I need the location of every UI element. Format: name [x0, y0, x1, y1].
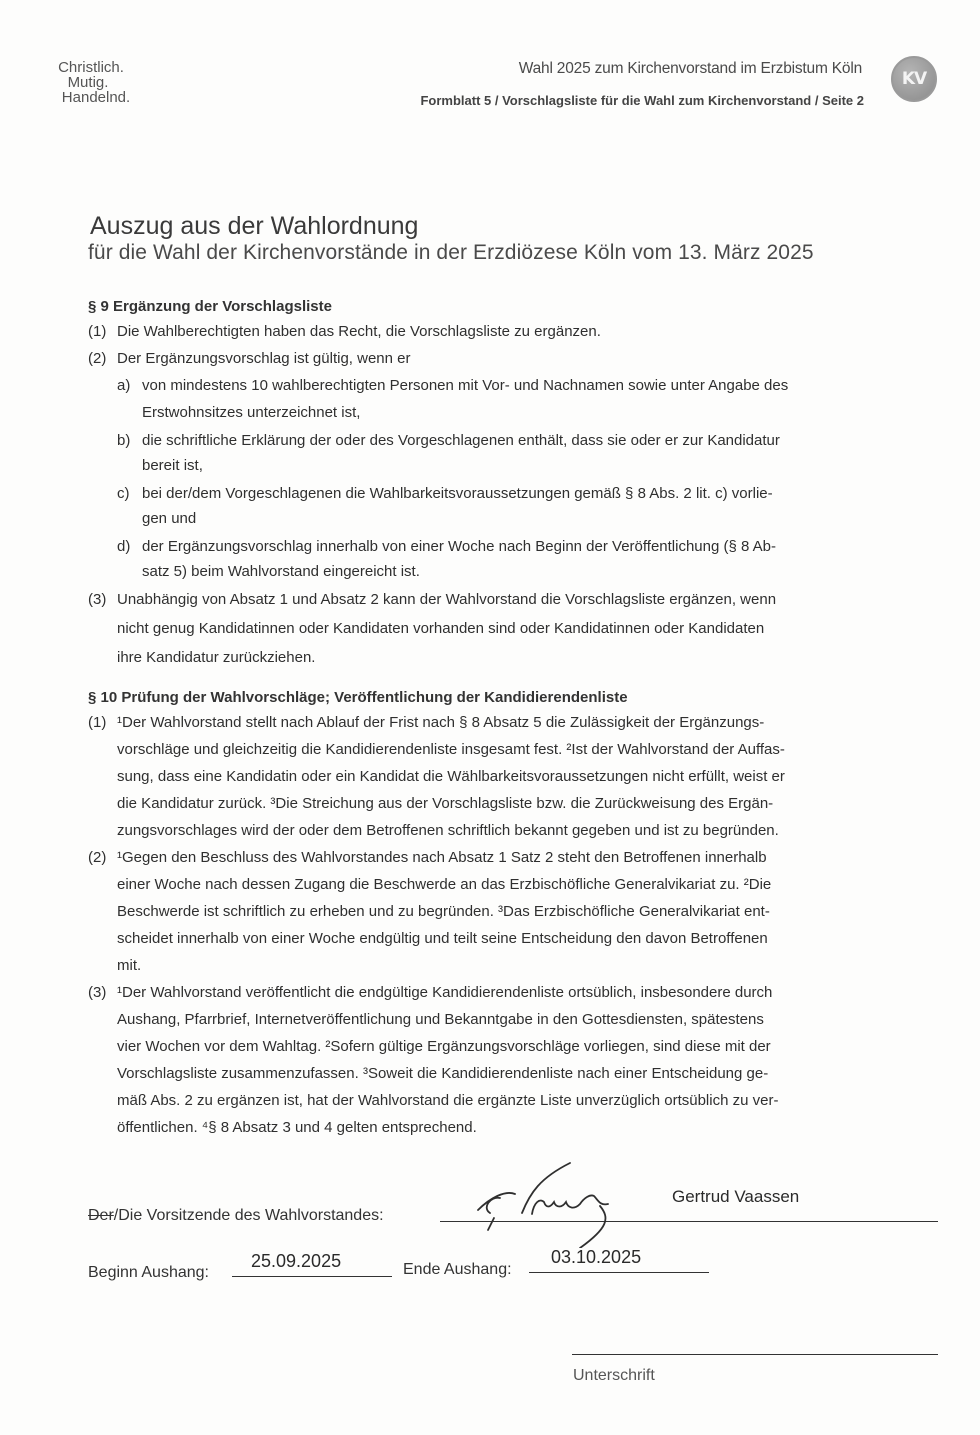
paragraph-line: Die Wahlberechtigten haben das Recht, di… — [117, 318, 601, 345]
section-9-heading: § 9 Ergänzung der Vorschlagsliste — [88, 298, 332, 315]
section-10-heading: § 10 Prüfung der Wahlvorschläge; Veröffe… — [88, 689, 628, 706]
paragraph-line: öffentlichen. ⁴§ 8 Absatz 3 und 4 gelten… — [117, 1114, 477, 1141]
paragraph-10-3-cont: Vorschlagsliste zusammenzufassen. ³Sowei… — [88, 1060, 958, 1087]
paragraph-9-3-cont: nicht genug Kandidatinnen oder Kandidate… — [88, 615, 948, 644]
paragraph-10-1: (1) ¹Der Wahlvorstand stellt nach Ablauf… — [88, 709, 958, 736]
kv-logo-icon: KV — [891, 56, 937, 102]
list-item-d-cont: satz 5) beim Wahlvorstand eingereicht is… — [88, 558, 948, 586]
list-item-c-cont: gen und — [88, 505, 948, 533]
paragraph-9-3-cont: ihre Kandidatur zurückziehen. — [88, 644, 948, 671]
paragraph-line: die Kandidatur zurück. ³Die Streichung a… — [117, 790, 773, 817]
list-line: gen und — [142, 505, 196, 532]
paragraph-line: Aushang, Pfarrbrief, Internetveröffentli… — [117, 1006, 764, 1033]
paragraph-10-3-cont: mäß Abs. 2 zu ergänzen ist, hat der Wahl… — [88, 1087, 958, 1114]
chair-label-struck: Der — [88, 1207, 114, 1224]
list-line: der Ergänzungsvorschlag innerhalb von ei… — [142, 533, 776, 560]
list-line: Erstwohnsitzes unterzeichnet ist, — [142, 399, 360, 426]
document-subtitle: für die Wahl der Kirchenvorstände in der… — [88, 241, 814, 265]
chair-name: Gertrud Vaassen — [672, 1187, 799, 1207]
list-label: a) — [117, 372, 130, 399]
chair-label: Der/Die Vorsitzende des Wahlvorstandes: — [88, 1207, 384, 1225]
list-item-d: d) der Ergänzungsvorschlag innerhalb von… — [88, 533, 948, 558]
list-label: b) — [117, 427, 130, 454]
list-line: satz 5) beim Wahlvorstand eingereicht is… — [142, 558, 420, 585]
paragraph-10-2: (2) ¹Gegen den Beschluss des Wahlvorstan… — [88, 844, 958, 871]
paragraph-10-1-cont: zungsvorschlages wird der oder dem Betro… — [88, 817, 958, 844]
paragraph-line: ¹Der Wahlvorstand veröffentlicht die end… — [117, 979, 772, 1006]
list-line: bereit ist, — [142, 452, 203, 479]
paragraph-line: Beschwerde ist schriftlich zu erheben un… — [117, 898, 770, 925]
paragraph-10-3: (3) ¹Der Wahlvorstand veröffentlicht die… — [88, 979, 958, 1006]
section-9-body: (1) Die Wahlberechtigten haben das Recht… — [88, 318, 948, 671]
list-label: c) — [117, 480, 130, 507]
list-item-a-cont: Erstwohnsitzes unterzeichnet ist, — [88, 399, 948, 427]
beginn-aushang-label: Beginn Aushang: — [88, 1264, 209, 1282]
paragraph-line: Der Ergänzungsvorschlag ist gültig, wenn… — [117, 345, 410, 372]
header-title: Wahl 2025 zum Kirchenvorstand im Erzbist… — [519, 60, 862, 78]
paragraph-line: Vorschlagsliste zusammenzufassen. ³Sowei… — [117, 1060, 768, 1087]
brand-line-3: Handelnd. — [42, 90, 150, 105]
paragraph-line: scheidet innerhalb von einer Woche endgü… — [117, 925, 768, 952]
ende-aushang-label: Ende Aushang: — [403, 1261, 512, 1279]
list-item-b-cont: bereit ist, — [88, 452, 948, 480]
paragraph-line: sung, dass eine Kandidatin oder ein Kand… — [117, 763, 785, 790]
header-subtitle: Formblatt 5 / Vorschlagsliste für die Wa… — [420, 93, 864, 108]
paragraph-9-3: (3) Unabhängig von Absatz 1 und Absatz 2… — [88, 586, 948, 615]
kv-logo-text: KV — [902, 69, 926, 89]
paragraph-line: vier Wochen vor dem Wahltag. ²Sofern gül… — [117, 1033, 771, 1060]
paragraph-10-2-cont: Beschwerde ist schriftlich zu erheben un… — [88, 898, 958, 925]
paragraph-10-2-cont: mit. — [88, 952, 958, 979]
paragraph-9-2: (2) Der Ergänzungsvorschlag ist gültig, … — [88, 345, 948, 372]
list-line: die schriftliche Erklärung der oder des … — [142, 427, 780, 454]
list-item-b: b) die schriftliche Erklärung der oder d… — [88, 427, 948, 452]
list-item-a: a) von mindestens 10 wahlberechtigten Pe… — [88, 372, 948, 399]
paragraph-number: (1) — [88, 709, 106, 736]
beginn-aushang-value: 25.09.2025 — [251, 1251, 341, 1272]
list-item-c: c) bei der/dem Vorgeschlagenen die Wahlb… — [88, 480, 948, 505]
paragraph-number: (3) — [88, 586, 106, 613]
paragraph-line: nicht genug Kandidatinnen oder Kandidate… — [117, 615, 764, 642]
paragraph-line: vorschläge und gleichzeitig die Kandidie… — [117, 736, 785, 763]
paragraph-line: Unabhängig von Absatz 1 und Absatz 2 kan… — [117, 586, 776, 613]
list-line: von mindestens 10 wahlberechtigten Perso… — [142, 372, 788, 399]
brand-slogan: Christlich. Mutig. Handelnd. — [40, 60, 150, 105]
section-10-body: (1) ¹Der Wahlvorstand stellt nach Ablauf… — [88, 709, 958, 1141]
paragraph-line: mäß Abs. 2 zu ergänzen ist, hat der Wahl… — [117, 1087, 778, 1114]
paragraph-line: mit. — [117, 952, 141, 979]
brand-line-1: Christlich. — [32, 60, 150, 75]
beginn-aushang-line — [232, 1276, 392, 1277]
paragraph-10-1-cont: die Kandidatur zurück. ³Die Streichung a… — [88, 790, 958, 817]
list-label: d) — [117, 533, 130, 560]
paragraph-line: ¹Gegen den Beschluss des Wahlvorstandes … — [117, 844, 767, 871]
handwritten-signature-icon — [460, 1158, 640, 1248]
list-line: bei der/dem Vorgeschlagenen die Wahlbark… — [142, 480, 773, 507]
paragraph-number: (1) — [88, 318, 106, 345]
paragraph-10-2-cont: scheidet innerhalb von einer Woche endgü… — [88, 925, 958, 952]
paragraph-line: ¹Der Wahlvorstand stellt nach Ablauf der… — [117, 709, 764, 736]
paragraph-10-2-cont: einer Woche nach dessen Zugang die Besch… — [88, 871, 958, 898]
brand-line-2: Mutig. — [26, 75, 150, 90]
document-title: Auszug aus der Wahlordnung — [90, 212, 418, 241]
paragraph-10-1-cont: vorschläge und gleichzeitig die Kandidie… — [88, 736, 958, 763]
paragraph-line: zungsvorschlages wird der oder dem Betro… — [117, 817, 779, 844]
unterschrift-line — [572, 1354, 938, 1355]
paragraph-number: (2) — [88, 345, 106, 372]
paragraph-9-1: (1) Die Wahlberechtigten haben das Recht… — [88, 318, 948, 345]
paragraph-10-3-cont: öffentlichen. ⁴§ 8 Absatz 3 und 4 gelten… — [88, 1114, 958, 1141]
paragraph-line: ihre Kandidatur zurückziehen. — [117, 644, 315, 671]
paragraph-number: (2) — [88, 844, 106, 871]
ende-aushang-value: 03.10.2025 — [551, 1247, 641, 1268]
paragraph-10-3-cont: Aushang, Pfarrbrief, Internetveröffentli… — [88, 1006, 958, 1033]
paragraph-10-1-cont: sung, dass eine Kandidatin oder ein Kand… — [88, 763, 958, 790]
paragraph-line: einer Woche nach dessen Zugang die Besch… — [117, 871, 771, 898]
ende-aushang-line — [529, 1272, 709, 1273]
paragraph-10-3-cont: vier Wochen vor dem Wahltag. ²Sofern gül… — [88, 1033, 958, 1060]
unterschrift-label: Unterschrift — [573, 1367, 655, 1385]
chair-label-text: /Die Vorsitzende des Wahlvorstandes: — [114, 1207, 384, 1224]
paragraph-number: (3) — [88, 979, 106, 1006]
